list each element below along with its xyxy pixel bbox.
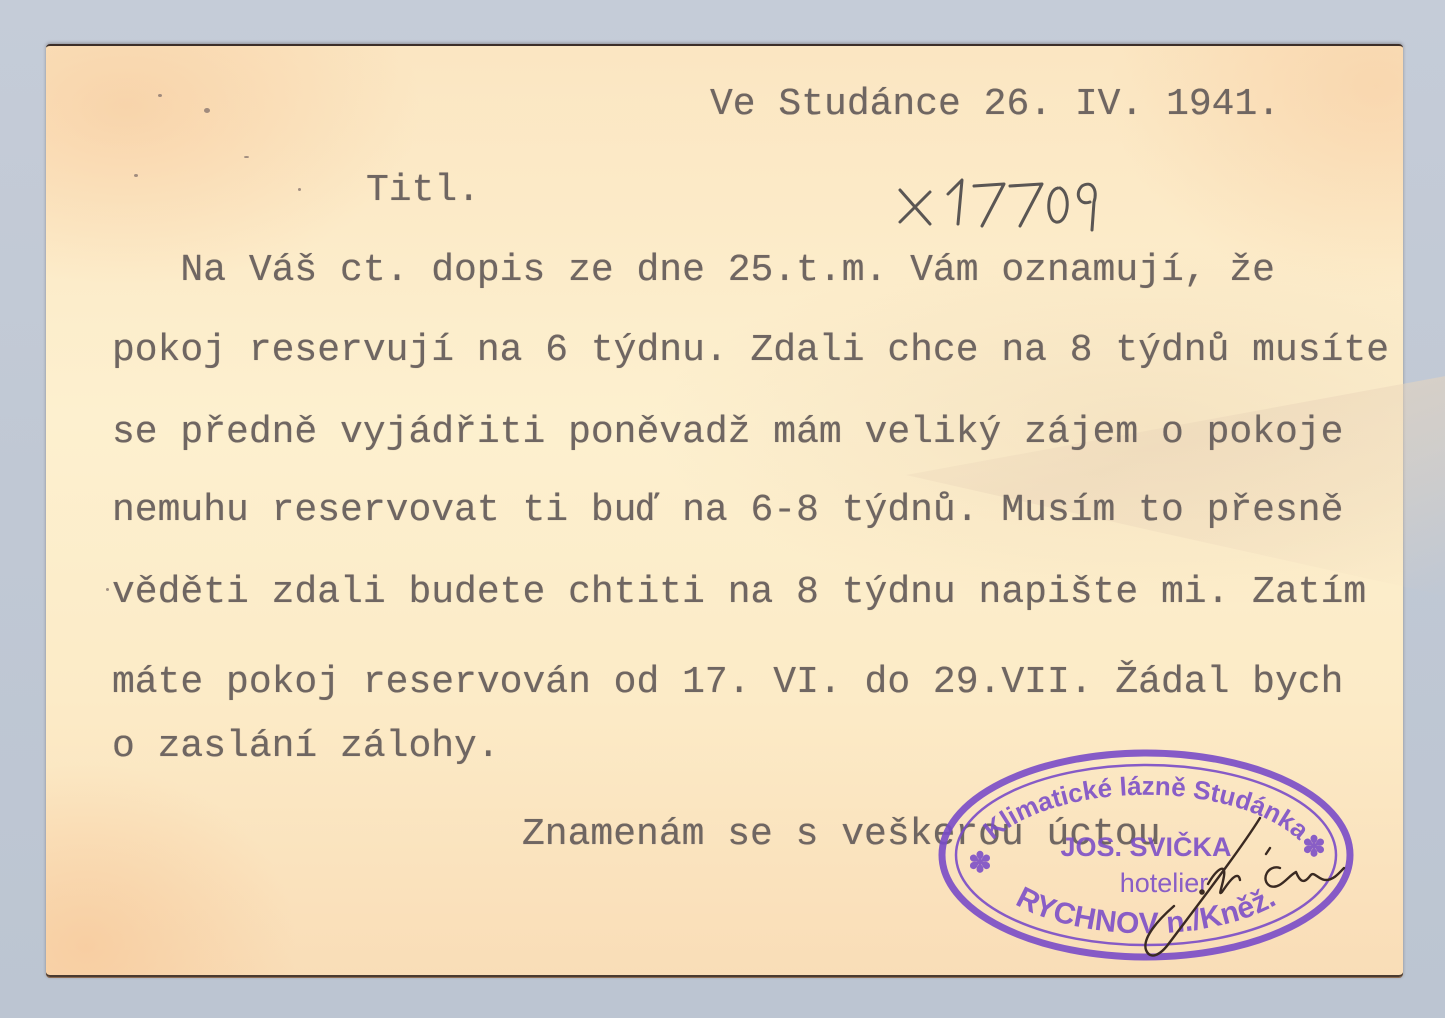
handwritten-signature: [1130, 810, 1350, 960]
body-line-4: nemuhu reservovat ti buď na 6-8 týdnů. M…: [112, 492, 1343, 530]
salutation: Titl.: [366, 172, 480, 210]
place-date-line: Ve Studánce 26. IV. 1941.: [710, 86, 1280, 124]
paper-speck: [158, 94, 162, 97]
body-line-1: Na Váš ct. dopis ze dne 25.t.m. Vám ozna…: [112, 252, 1275, 290]
paper-speck: [204, 108, 210, 113]
stamp-ornament-left: ✽: [968, 847, 991, 878]
paper-speck: [244, 156, 249, 158]
body-line-5: věděti zdali budete chtiti na 8 týdnu na…: [112, 574, 1366, 612]
paper-speck: [134, 174, 138, 177]
paper-speck: [298, 188, 301, 191]
pencil-reference-number: [896, 172, 1106, 232]
paper-crease: [906, 376, 1445, 596]
body-line-7: o zaslání zálohy.: [112, 728, 500, 766]
paper-speck: [106, 588, 109, 591]
body-line-6: máte pokoj reservován od 17. VI. do 29.V…: [112, 664, 1343, 702]
body-line-2: pokoj reservují na 6 týdnu. Zdali chce n…: [112, 332, 1389, 370]
body-line-3: se předně vyjádřiti poněvadž mám veliký …: [112, 414, 1343, 452]
